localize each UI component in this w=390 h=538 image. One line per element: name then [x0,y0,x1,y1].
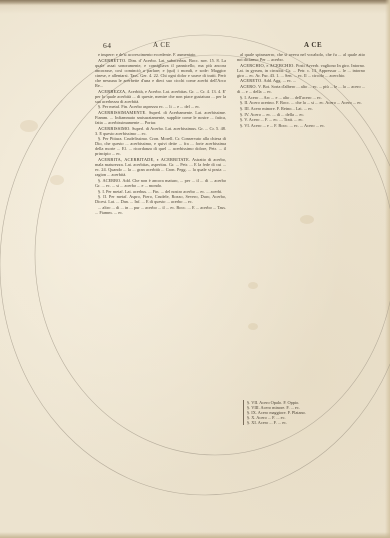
entry-definition: V. Bot. Sorta d'albero ... alto ... ec. … [237,84,365,94]
entry-definition: §. II. Per metaf. Aspro, Fiero, Crudele,… [95,194,226,204]
dictionary-entry: §. ACERBO. Add. Che non è ancora maturo,… [95,178,226,188]
dictionary-entry: ACERBISSIMO. Superl. di Acerbo. Lat. ace… [95,126,226,136]
left-text-column: e inspere: e de'si accrescimento ecceden… [95,52,226,432]
dictionary-entry: §. II. Per metaf. Aspro, Fiero, Crudele,… [95,194,226,204]
entry-definition: §. I. Per metaf. Lat. acerbus. ... Fin. … [98,189,222,194]
running-head-left: A CE [153,41,170,49]
dictionary-entry: e inspere: e de'si accrescimento ecceden… [95,52,226,57]
entry-definition: §. VI. Acero ... e ... F. Bocc. ... ec. … [240,123,325,128]
page-header: 64 A CE A CE [0,41,390,51]
entry-definition: ... altro ... di ... in ... pur ... acer… [95,205,226,215]
entry-definition: §. V. Acero ... F. ... ec. ... Tratt. ..… [240,117,303,122]
dictionary-entry: §. Per metaf. Fin. Acerbo asprezza ec. .… [95,104,226,109]
page-top-edge [0,0,390,5]
entry-definition: §. ACERBO. Add. Che non è ancora maturo,… [95,178,226,188]
entry-definition: Dim. d' Acerbo. Lat. subacerbus. Bocc. n… [95,58,226,88]
dictionary-entry: §. III. Acero minore. F. Reino... Lat. .… [237,106,365,111]
dictionary-entry: §. VI. Acero ... e ... F. Bocc. ... ec. … [237,123,365,128]
page-bottom-edge [0,532,390,538]
dictionary-entry: §. II. Acero acerino. F. Bocc. ... che l… [237,100,365,105]
dictionary-entry: ACERBETTO. Dim. d' Acerbo. Lat. subacerb… [95,58,226,88]
dictionary-entry: §. Per Pittura. Crudelissimo. Cron. More… [95,136,226,156]
entry-definition: §. Per Pittura. Crudelissimo. Cron. More… [95,136,226,156]
foxing-stain [20,120,38,132]
dictionary-entry: ACERBITA, ACERBITADE, e ACERBITATE. Astr… [95,157,226,177]
entry-definition: §. II. Acero acerino. F. Bocc. ... che l… [240,100,362,105]
dictionary-entry: ... altro ... di ... in ... pur ... acer… [95,205,226,215]
page-number: 64 [103,41,112,50]
dictionary-entry: ACERO. V. Bot. Sorta d'albero ... alto .… [237,84,365,94]
foxing-stain [50,175,64,185]
page-right-edge [385,0,390,538]
dictionary-entry: al quale spirasserro, che si aveva nel v… [237,52,365,62]
entry-headword: ACERETO. [240,78,263,83]
entry-definition: §. I. Acero ... Arc ... e ... alto ... d… [240,95,322,100]
running-head-right: A CE [304,41,322,49]
dictionary-entry: §. I. Acero ... Arc ... e ... alto ... d… [237,95,365,100]
scanned-page: 64 A CE A CE e inspere: e de'si accresci… [0,0,390,538]
entry-definition: §. IV. Acero ... ec. ... di ... della ..… [240,112,304,117]
bracketed-entry-list: §. VII. Acero Opalo. F. Oppio.§. VIII. A… [243,400,367,425]
dictionary-entry: §. IV. Acero ... ec. ... di ... della ..… [237,112,365,117]
dictionary-entry: ACERBEZZA, Acerbità, e Acerbo. Lat. acer… [95,89,226,104]
dictionary-entry: ACERBISSIMAMENTE. Superl. di Acerbamente… [95,110,226,125]
entry-definition: §. Per metaf. Fin. Acerbo asprezza ec. .… [98,104,200,109]
entry-definition: e inspere: e de'si accrescimento ecceden… [98,52,196,57]
entry-definition: §. III. Acero minore. F. Reino... Lat. .… [240,106,313,111]
dictionary-entry: §. V. Acero ... F. ... ec. ... Tratt. ..… [237,117,365,122]
entry-definition: al quale spirasserro, che si aveva nel v… [237,52,365,62]
dictionary-entry: ACERETO. Add. Agg. ... ec. ... [237,78,365,83]
dictionary-entry: §. I. Per metaf. Lat. acerbus. ... Fin. … [95,189,226,194]
entry-definition: Add. Agg. ... ec. ... [264,78,297,83]
bracket-list-item: §. XI. Acero ... F. ... ec. [247,420,367,425]
right-text-column: al quale spirasserro, che si aveva nel v… [237,52,365,412]
dictionary-entry: ACERCHIO, e ACERCHIO. Posti Avverb. vagl… [237,63,365,78]
